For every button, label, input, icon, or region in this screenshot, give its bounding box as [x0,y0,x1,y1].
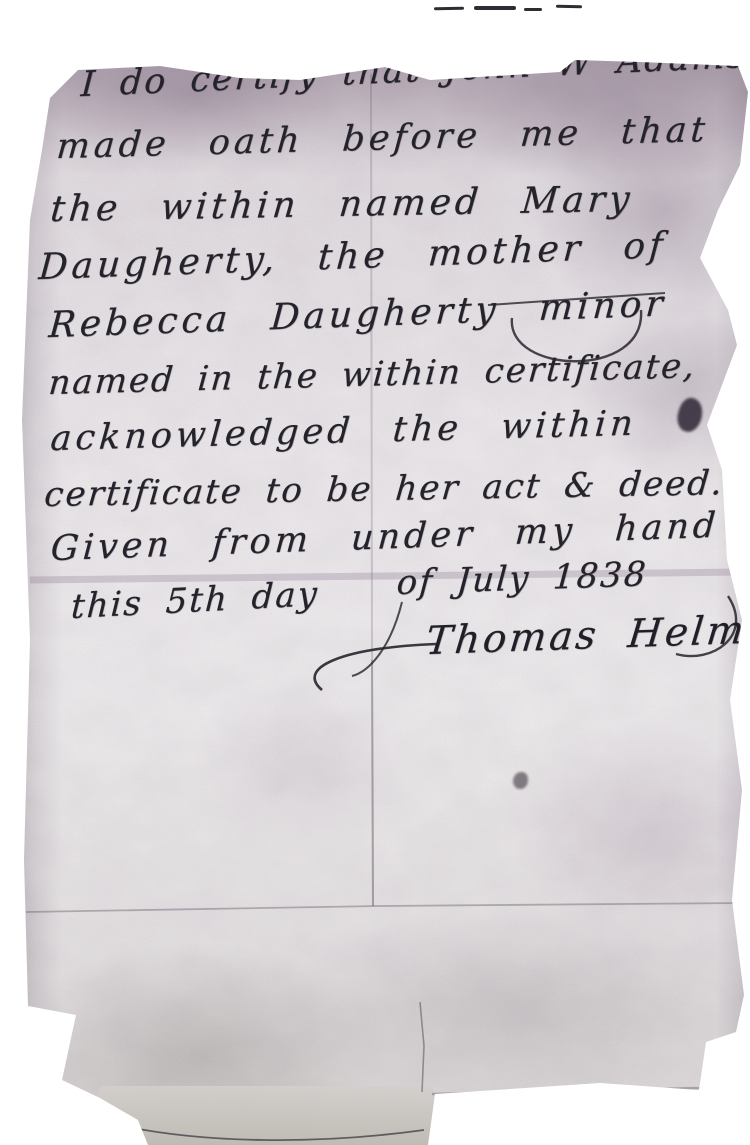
handwriting-line-3: the within named Mary [49,182,635,228]
ink-spot [513,772,528,789]
paper-sheet: I do certify that John W Adams made oath… [0,0,750,1145]
scanner-artifact-dash [556,5,582,8]
signature: Thomas Helm [424,611,749,661]
torn-bottom-fragment [96,1086,434,1145]
scanner-artifact-dash [524,8,542,11]
scanner-artifact-dash [474,6,516,10]
scanner-artifact-dash [434,7,464,11]
handwriting-date-right: of July 1838 [396,557,649,600]
scanned-document: I do certify that John W Adams made oath… [0,0,750,1145]
